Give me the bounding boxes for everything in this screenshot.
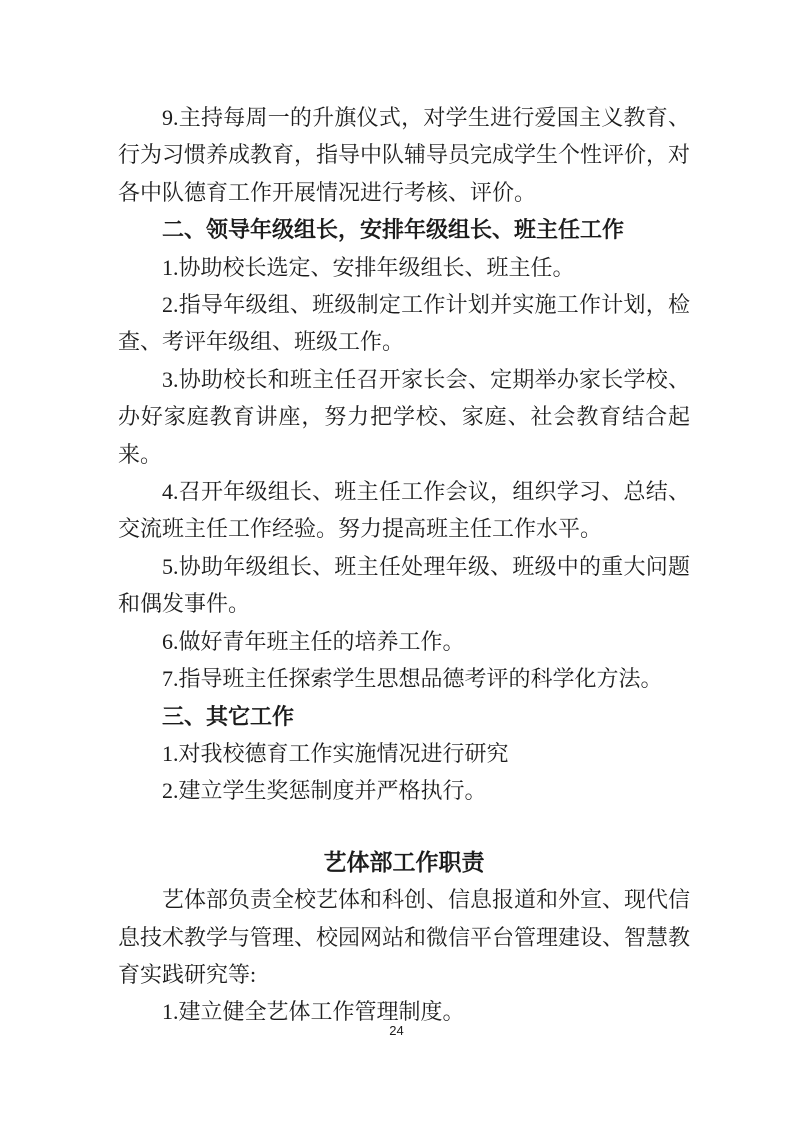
page-footer: 24: [0, 1022, 793, 1040]
paragraph: 3.协助校长和班主任召开家长会、定期举办家长学校、办好家庭教育讲座，努力把学校、…: [118, 361, 690, 473]
paragraph: 7.指导班主任探索学生思想品德考评的科学化方法。: [118, 660, 690, 697]
paragraph: 2.建立学生奖惩制度并严格执行。: [118, 772, 690, 809]
paragraph: 1.对我校德育工作实施情况进行研究: [118, 735, 690, 772]
document-body: 9.主持每周一的升旗仪式，对学生进行爱国主义教育、行为习惯养成教育，指导中队辅导…: [118, 99, 690, 1031]
paragraph: 1.协助校长选定、安排年级组长、班主任。: [118, 249, 690, 286]
paragraph: 5.协助年级组长、班主任处理年级、班级中的重大问题和偶发事件。: [118, 548, 690, 623]
document-section-title: 艺体部工作职责: [118, 844, 690, 881]
paragraph: 2.指导年级组、班级制定工作计划并实施工作计划，检查、考评年级组、班级工作。: [118, 286, 690, 361]
paragraph: 6.做好青年班主任的培养工作。: [118, 623, 690, 660]
section-heading: 二、领导年级组长，安排年级组长、班主任工作: [118, 211, 690, 248]
document-page: 9.主持每周一的升旗仪式，对学生进行爱国主义教育、行为习惯养成教育，指导中队辅导…: [0, 0, 793, 1122]
paragraph: 9.主持每周一的升旗仪式，对学生进行爱国主义教育、行为习惯养成教育，指导中队辅导…: [118, 99, 690, 211]
paragraph: 4.召开年级组长、班主任工作会议，组织学习、总结、交流班主任工作经验。努力提高班…: [118, 473, 690, 548]
page-number: 24: [389, 1023, 403, 1038]
paragraph: 艺体部负责全校艺体和科创、信息报道和外宣、现代信息技术教学与管理、校园网站和微信…: [118, 881, 690, 993]
section-heading: 三、其它工作: [118, 698, 690, 735]
